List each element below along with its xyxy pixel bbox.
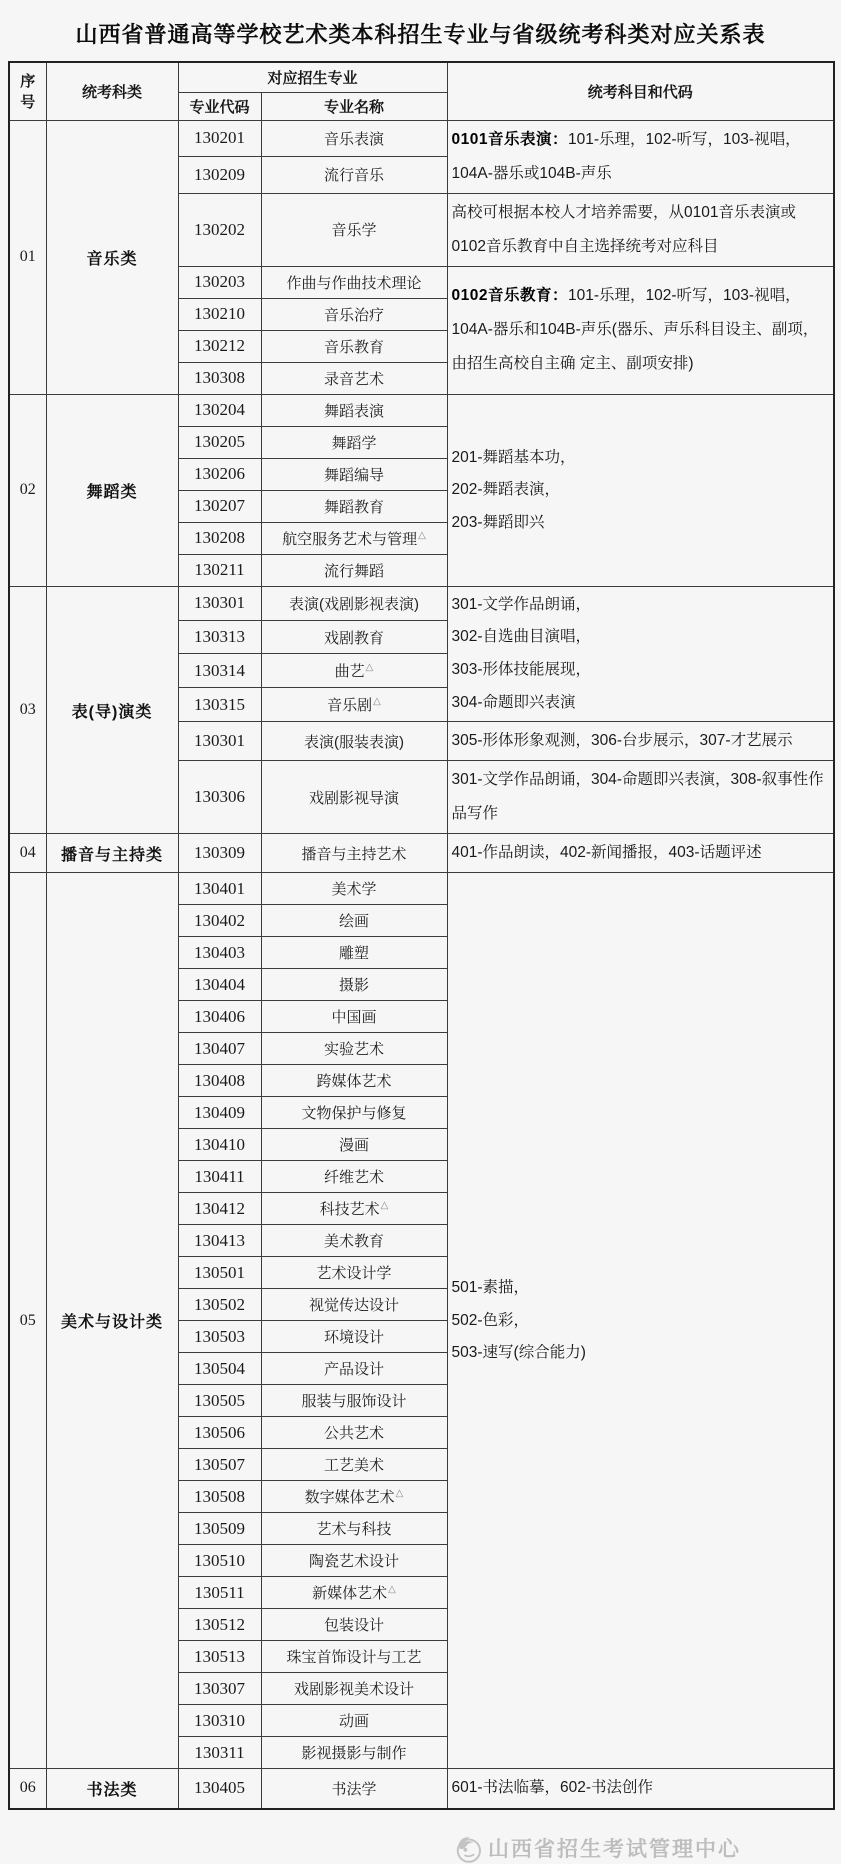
subjects-cell: 201-舞蹈基本功，202-舞蹈表演，203-舞蹈即兴 (447, 394, 834, 586)
subjects-cell: 401-作品朗读，402-新闻播报，403-话题评述 (447, 834, 834, 873)
header-subjects: 统考科目和代码 (447, 62, 834, 120)
major-code-cell: 130204 (178, 394, 261, 426)
major-code-cell: 130403 (178, 937, 261, 969)
major-name-cell: 摄影 (261, 969, 447, 1001)
major-code-cell: 130513 (178, 1641, 261, 1673)
major-code-cell: 130407 (178, 1033, 261, 1065)
major-code-cell: 130507 (178, 1449, 261, 1481)
subject-line: 302-自选曲目演唱， (452, 621, 830, 654)
major-code-cell: 130503 (178, 1321, 261, 1353)
major-name-cell: 纤维艺术 (261, 1161, 447, 1193)
major-code-cell: 130202 (178, 193, 261, 266)
major-code-cell: 130404 (178, 969, 261, 1001)
major-name-cell: 流行舞蹈 (261, 554, 447, 586)
major-code-cell: 130201 (178, 120, 261, 157)
subjects-cell: 301-文学作品朗诵，304-命题即兴表演，308-叙事性作品写作 (447, 761, 834, 834)
seq-cell: 04 (9, 834, 46, 873)
major-code-cell: 130208 (178, 522, 261, 554)
subject-bold-label: 0102音乐教育： (452, 287, 568, 304)
major-name-cell: 新媒体艺术△ (261, 1577, 447, 1609)
subjects-cell: 501-素描，502-色彩，503-速写(综合能力) (447, 873, 834, 1769)
major-name-cell: 戏剧影视美术设计 (261, 1673, 447, 1705)
major-code-cell: 130210 (178, 298, 261, 330)
major-code-cell: 130405 (178, 1769, 261, 1809)
major-name-cell: 中国画 (261, 1001, 447, 1033)
major-code-cell: 130315 (178, 688, 261, 722)
major-name-cell: 文物保护与修复 (261, 1097, 447, 1129)
major-name-cell: 曲艺△ (261, 654, 447, 688)
major-name-cell: 戏剧教育 (261, 620, 447, 654)
superscript-mark: △ (366, 662, 374, 673)
superscript-mark: △ (381, 1200, 389, 1211)
seq-cell: 03 (9, 586, 46, 833)
seq-cell: 02 (9, 394, 46, 586)
major-code-cell: 130205 (178, 426, 261, 458)
subjects-cell: 高校可根据本校人才培养需要，从0101音乐表演或0102音乐教育中自主选择统考对… (447, 193, 834, 266)
major-name-cell: 舞蹈编导 (261, 458, 447, 490)
major-code-cell: 130413 (178, 1225, 261, 1257)
subject-line: 301-文学作品朗诵， (452, 589, 830, 622)
header-row-1: 序号 统考科类 对应招生专业 统考科目和代码 (9, 62, 834, 92)
subject-line: 202-舞蹈表演， (452, 474, 830, 507)
subjects-cell: 601-书法临摹，602-书法创作 (447, 1769, 834, 1809)
subjects-cell: 0101音乐表演：101-乐理，102-听写，103-视唱，104A-器乐或10… (447, 120, 834, 193)
major-name-cell: 音乐教育 (261, 330, 447, 362)
major-code-cell: 130510 (178, 1545, 261, 1577)
major-name-cell: 音乐学 (261, 193, 447, 266)
major-name-cell: 绘画 (261, 905, 447, 937)
major-name-cell: 产品设计 (261, 1353, 447, 1385)
major-name-cell: 公共艺术 (261, 1417, 447, 1449)
major-code-cell: 130206 (178, 458, 261, 490)
major-name-cell: 舞蹈学 (261, 426, 447, 458)
major-name-cell: 雕塑 (261, 937, 447, 969)
category-cell: 书法类 (46, 1769, 178, 1809)
subject-line: 303-形体技能展现， (452, 654, 830, 687)
major-name-cell: 作曲与作曲技术理论 (261, 266, 447, 298)
major-code-cell: 130211 (178, 554, 261, 586)
table-row: 06书法类130405书法学601-书法临摹，602-书法创作 (9, 1769, 834, 1809)
header-major-code: 专业代码 (178, 92, 261, 120)
major-code-cell: 130313 (178, 620, 261, 654)
major-name-cell: 动画 (261, 1705, 447, 1737)
superscript-mark: △ (418, 530, 426, 541)
table-row: 05美术与设计类130401美术学501-素描，502-色彩，503-速写(综合… (9, 873, 834, 905)
major-name-cell: 陶瓷艺术设计 (261, 1545, 447, 1577)
category-cell: 美术与设计类 (46, 873, 178, 1769)
major-code-cell: 130309 (178, 834, 261, 873)
major-code-cell: 130301 (178, 586, 261, 620)
major-name-cell: 播音与主持艺术 (261, 834, 447, 873)
major-code-cell: 130502 (178, 1289, 261, 1321)
subject-bold-label: 0101音乐表演： (452, 131, 568, 148)
major-name-cell: 音乐剧△ (261, 688, 447, 722)
category-cell: 播音与主持类 (46, 834, 178, 873)
seq-cell: 06 (9, 1769, 46, 1809)
major-code-cell: 130207 (178, 490, 261, 522)
major-code-cell: 130508 (178, 1481, 261, 1513)
subjects-cell: 301-文学作品朗诵，302-自选曲目演唱，303-形体技能展现，304-命题即… (447, 586, 834, 721)
header-major-name: 专业名称 (261, 92, 447, 120)
major-name-cell: 数字媒体艺术△ (261, 1481, 447, 1513)
major-name-cell: 舞蹈表演 (261, 394, 447, 426)
major-name-cell: 美术教育 (261, 1225, 447, 1257)
table-row: 03表(导)演类130301表演(戏剧影视表演)301-文学作品朗诵，302-自… (9, 586, 834, 620)
major-code-cell: 130308 (178, 362, 261, 394)
major-code-cell: 130209 (178, 157, 261, 194)
document-page: 山西省普通高等学校艺术类本科招生专业与省级统考科类对应关系表 序号 统考科类 对… (0, 0, 841, 1864)
table-row: 01音乐类130201音乐表演0101音乐表演：101-乐理，102-听写，10… (9, 120, 834, 157)
major-code-cell: 130509 (178, 1513, 261, 1545)
major-code-cell: 130411 (178, 1161, 261, 1193)
category-cell: 音乐类 (46, 120, 178, 394)
major-name-cell: 珠宝首饰设计与工艺 (261, 1641, 447, 1673)
major-code-cell: 130402 (178, 905, 261, 937)
superscript-mark: △ (396, 1488, 404, 1499)
major-code-cell: 130412 (178, 1193, 261, 1225)
header-category: 统考科类 (46, 62, 178, 120)
major-code-cell: 130406 (178, 1001, 261, 1033)
major-name-cell: 表演(服装表演) (261, 722, 447, 761)
major-code-cell: 130409 (178, 1097, 261, 1129)
major-name-cell: 环境设计 (261, 1321, 447, 1353)
table-header: 序号 统考科类 对应招生专业 统考科目和代码 专业代码 专业名称 (9, 62, 834, 120)
major-code-cell: 130511 (178, 1577, 261, 1609)
major-code-cell: 130506 (178, 1417, 261, 1449)
subjects-cell: 0102音乐教育：101-乐理，102-听写，103-视唱，104A-器乐和10… (447, 266, 834, 394)
header-majors-group: 对应招生专业 (178, 62, 447, 92)
major-name-cell: 戏剧影视导演 (261, 761, 447, 834)
major-name-cell: 艺术与科技 (261, 1513, 447, 1545)
major-name-cell: 实验艺术 (261, 1033, 447, 1065)
major-code-cell: 130301 (178, 722, 261, 761)
subject-line: 304-命题即兴表演 (452, 687, 830, 720)
major-name-cell: 航空服务艺术与管理△ (261, 522, 447, 554)
table-row: 04播音与主持类130309播音与主持艺术401-作品朗读，402-新闻播报，4… (9, 834, 834, 873)
major-name-cell: 工艺美术 (261, 1449, 447, 1481)
major-code-cell: 130310 (178, 1705, 261, 1737)
major-name-cell: 漫画 (261, 1129, 447, 1161)
major-name-cell: 影视摄影与制作 (261, 1737, 447, 1769)
major-name-cell: 科技艺术△ (261, 1193, 447, 1225)
major-code-cell: 130501 (178, 1257, 261, 1289)
major-code-cell: 130311 (178, 1737, 261, 1769)
category-cell: 舞蹈类 (46, 394, 178, 586)
major-code-cell: 130212 (178, 330, 261, 362)
major-code-cell: 130314 (178, 654, 261, 688)
subject-line: 201-舞蹈基本功， (452, 442, 830, 475)
subjects-cell: 305-形体形象观测，306-台步展示，307-才艺展示 (447, 722, 834, 761)
seq-cell: 01 (9, 120, 46, 394)
subject-line: 501-素描， (452, 1272, 830, 1305)
major-name-cell: 音乐治疗 (261, 298, 447, 330)
major-name-cell: 录音艺术 (261, 362, 447, 394)
subject-line: 203-舞蹈即兴 (452, 507, 830, 540)
major-code-cell: 130512 (178, 1609, 261, 1641)
subject-line: 503-速写(综合能力) (452, 1337, 830, 1370)
major-name-cell: 跨媒体艺术 (261, 1065, 447, 1097)
major-code-cell: 130306 (178, 761, 261, 834)
table-body: 01音乐类130201音乐表演0101音乐表演：101-乐理，102-听写，10… (9, 120, 834, 1809)
table-row: 02舞蹈类130204舞蹈表演201-舞蹈基本功，202-舞蹈表演，203-舞蹈… (9, 394, 834, 426)
superscript-mark: △ (373, 696, 381, 707)
major-code-cell: 130410 (178, 1129, 261, 1161)
major-name-cell: 流行音乐 (261, 157, 447, 194)
major-name-cell: 书法学 (261, 1769, 447, 1809)
major-name-cell: 表演(戏剧影视表演) (261, 586, 447, 620)
header-seq: 序号 (9, 62, 46, 120)
footer: 山西省招生考试管理中心 (8, 1832, 833, 1864)
footer-org-name: 山西省招生考试管理中心 (488, 1833, 741, 1863)
major-name-cell: 视觉传达设计 (261, 1289, 447, 1321)
major-code-cell: 130203 (178, 266, 261, 298)
major-name-cell: 包装设计 (261, 1609, 447, 1641)
seq-cell: 05 (9, 873, 46, 1769)
major-name-cell: 美术学 (261, 873, 447, 905)
major-code-cell: 130307 (178, 1673, 261, 1705)
major-code-cell: 130408 (178, 1065, 261, 1097)
major-name-cell: 音乐表演 (261, 120, 447, 157)
major-name-cell: 服装与服饰设计 (261, 1385, 447, 1417)
major-name-cell: 舞蹈教育 (261, 490, 447, 522)
subject-line: 502-色彩， (452, 1305, 830, 1338)
category-cell: 表(导)演类 (46, 586, 178, 833)
major-code-cell: 130504 (178, 1353, 261, 1385)
correspondence-table: 序号 统考科类 对应招生专业 统考科目和代码 专业代码 专业名称 01音乐类13… (8, 61, 835, 1810)
major-code-cell: 130505 (178, 1385, 261, 1417)
major-code-cell: 130401 (178, 873, 261, 905)
page-title: 山西省普通高等学校艺术类本科招生专业与省级统考科类对应关系表 (8, 10, 833, 61)
superscript-mark: △ (388, 1584, 396, 1595)
major-name-cell: 艺术设计学 (261, 1257, 447, 1289)
magpie-bird-logo-icon (452, 1832, 484, 1864)
